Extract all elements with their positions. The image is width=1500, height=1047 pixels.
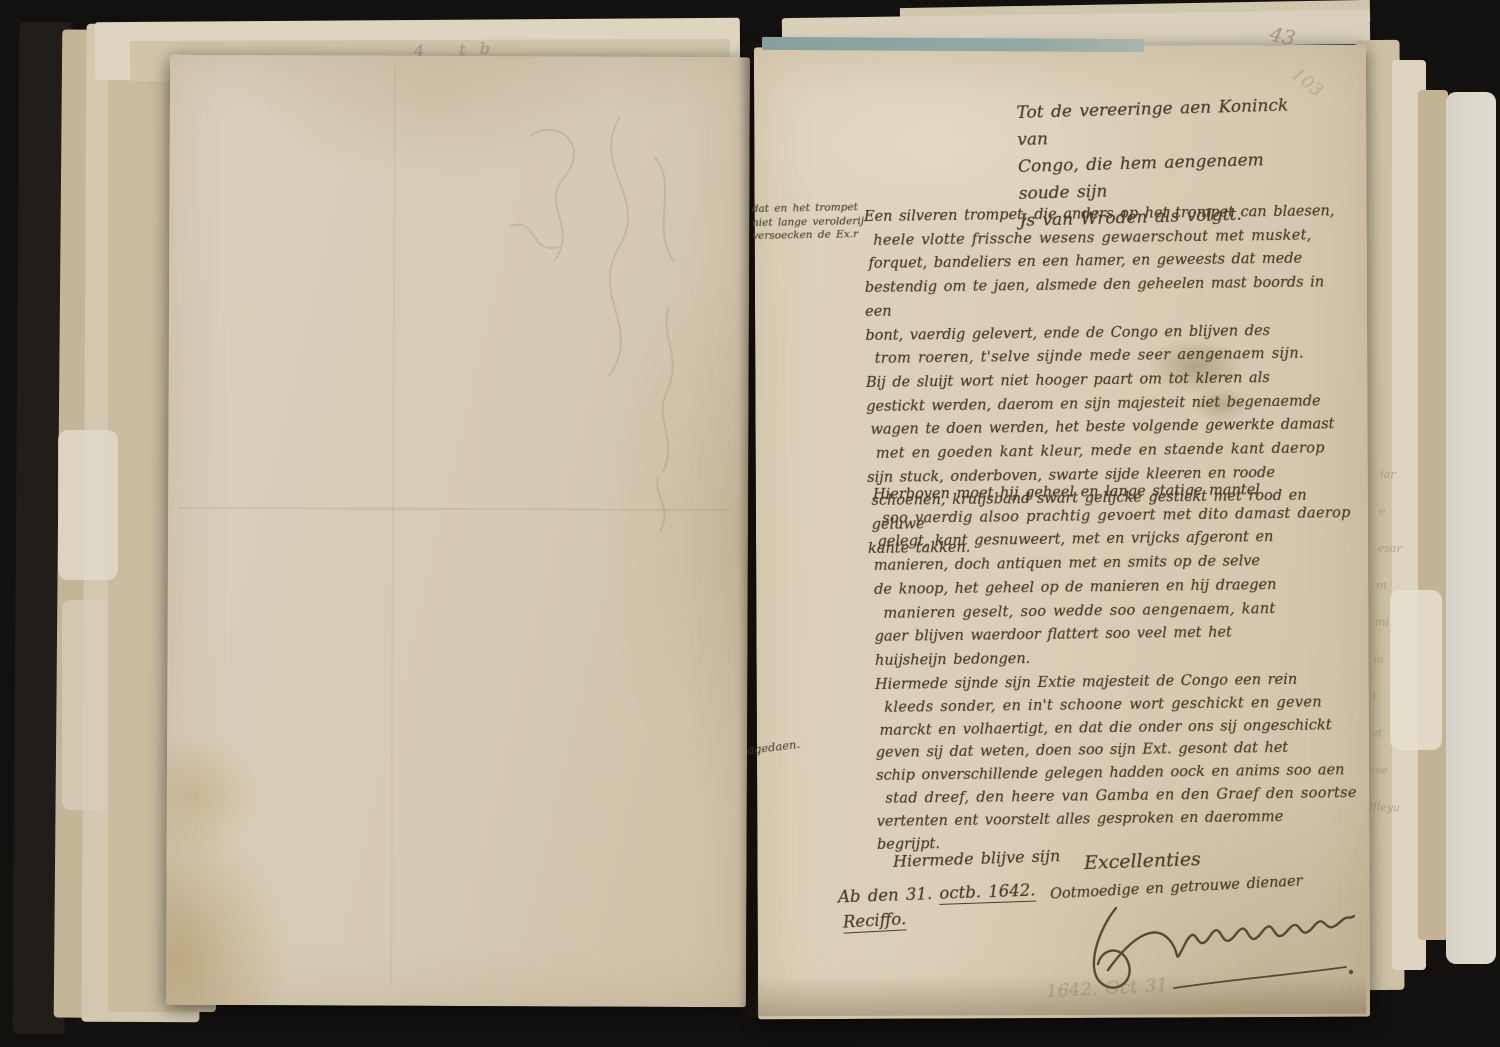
text-line: iar <box>1380 467 1420 481</box>
torn-page-edge <box>58 430 118 580</box>
text-line: m <box>1376 578 1416 592</box>
text-line: ia <box>1374 652 1414 666</box>
left-page-blank <box>166 55 750 1008</box>
dateline-prefix: Ab den 31. <box>838 884 940 907</box>
bleed-through-scribbles <box>468 76 730 547</box>
closing-honorific: Excellenties <box>1084 848 1202 874</box>
right-page-stack-edge <box>1418 90 1448 940</box>
text-line: dat en het trompet <box>752 201 870 217</box>
book-fore-edge-cloth <box>1446 92 1496 964</box>
text-line: at <box>1371 726 1411 740</box>
body-paragraph-2: Hierboven moet hij geheel en lange stati… <box>873 478 1359 674</box>
body-paragraph-3: Hiermede sijnde sijn Extie majesteit de … <box>875 668 1363 856</box>
dateline-date: octb. 1642. <box>939 881 1036 905</box>
text-line: bestendig om te jaen, alsmede den geheel… <box>865 271 1358 324</box>
place-reciffo: Reciffo. <box>842 909 906 933</box>
fold-crease <box>390 66 396 986</box>
torn-page-edge <box>62 600 108 810</box>
text-line: Bleyu <box>1368 800 1408 814</box>
text-line: sse <box>1370 763 1410 777</box>
text-line: Tot de vereeringe aen Koninck van <box>1016 92 1307 154</box>
manuscript-photo: 4 tb 43 103 Tot de vereeringe aen Koninc… <box>0 0 1500 1047</box>
folio-number-ink: 43 <box>1268 22 1298 51</box>
text-line: esar <box>1377 541 1417 555</box>
teal-page-edge-strip <box>762 37 1144 52</box>
text-line: e <box>1379 504 1419 518</box>
text-line: Congo, die hem aengenaem soude sijn <box>1018 146 1309 208</box>
text-line: i <box>1372 689 1412 703</box>
text-line: mi <box>1375 615 1415 629</box>
margin-note-top: dat en het trompetniet lange verolderijv… <box>752 201 871 244</box>
text-line: versoecken de Ex.r <box>752 228 870 244</box>
